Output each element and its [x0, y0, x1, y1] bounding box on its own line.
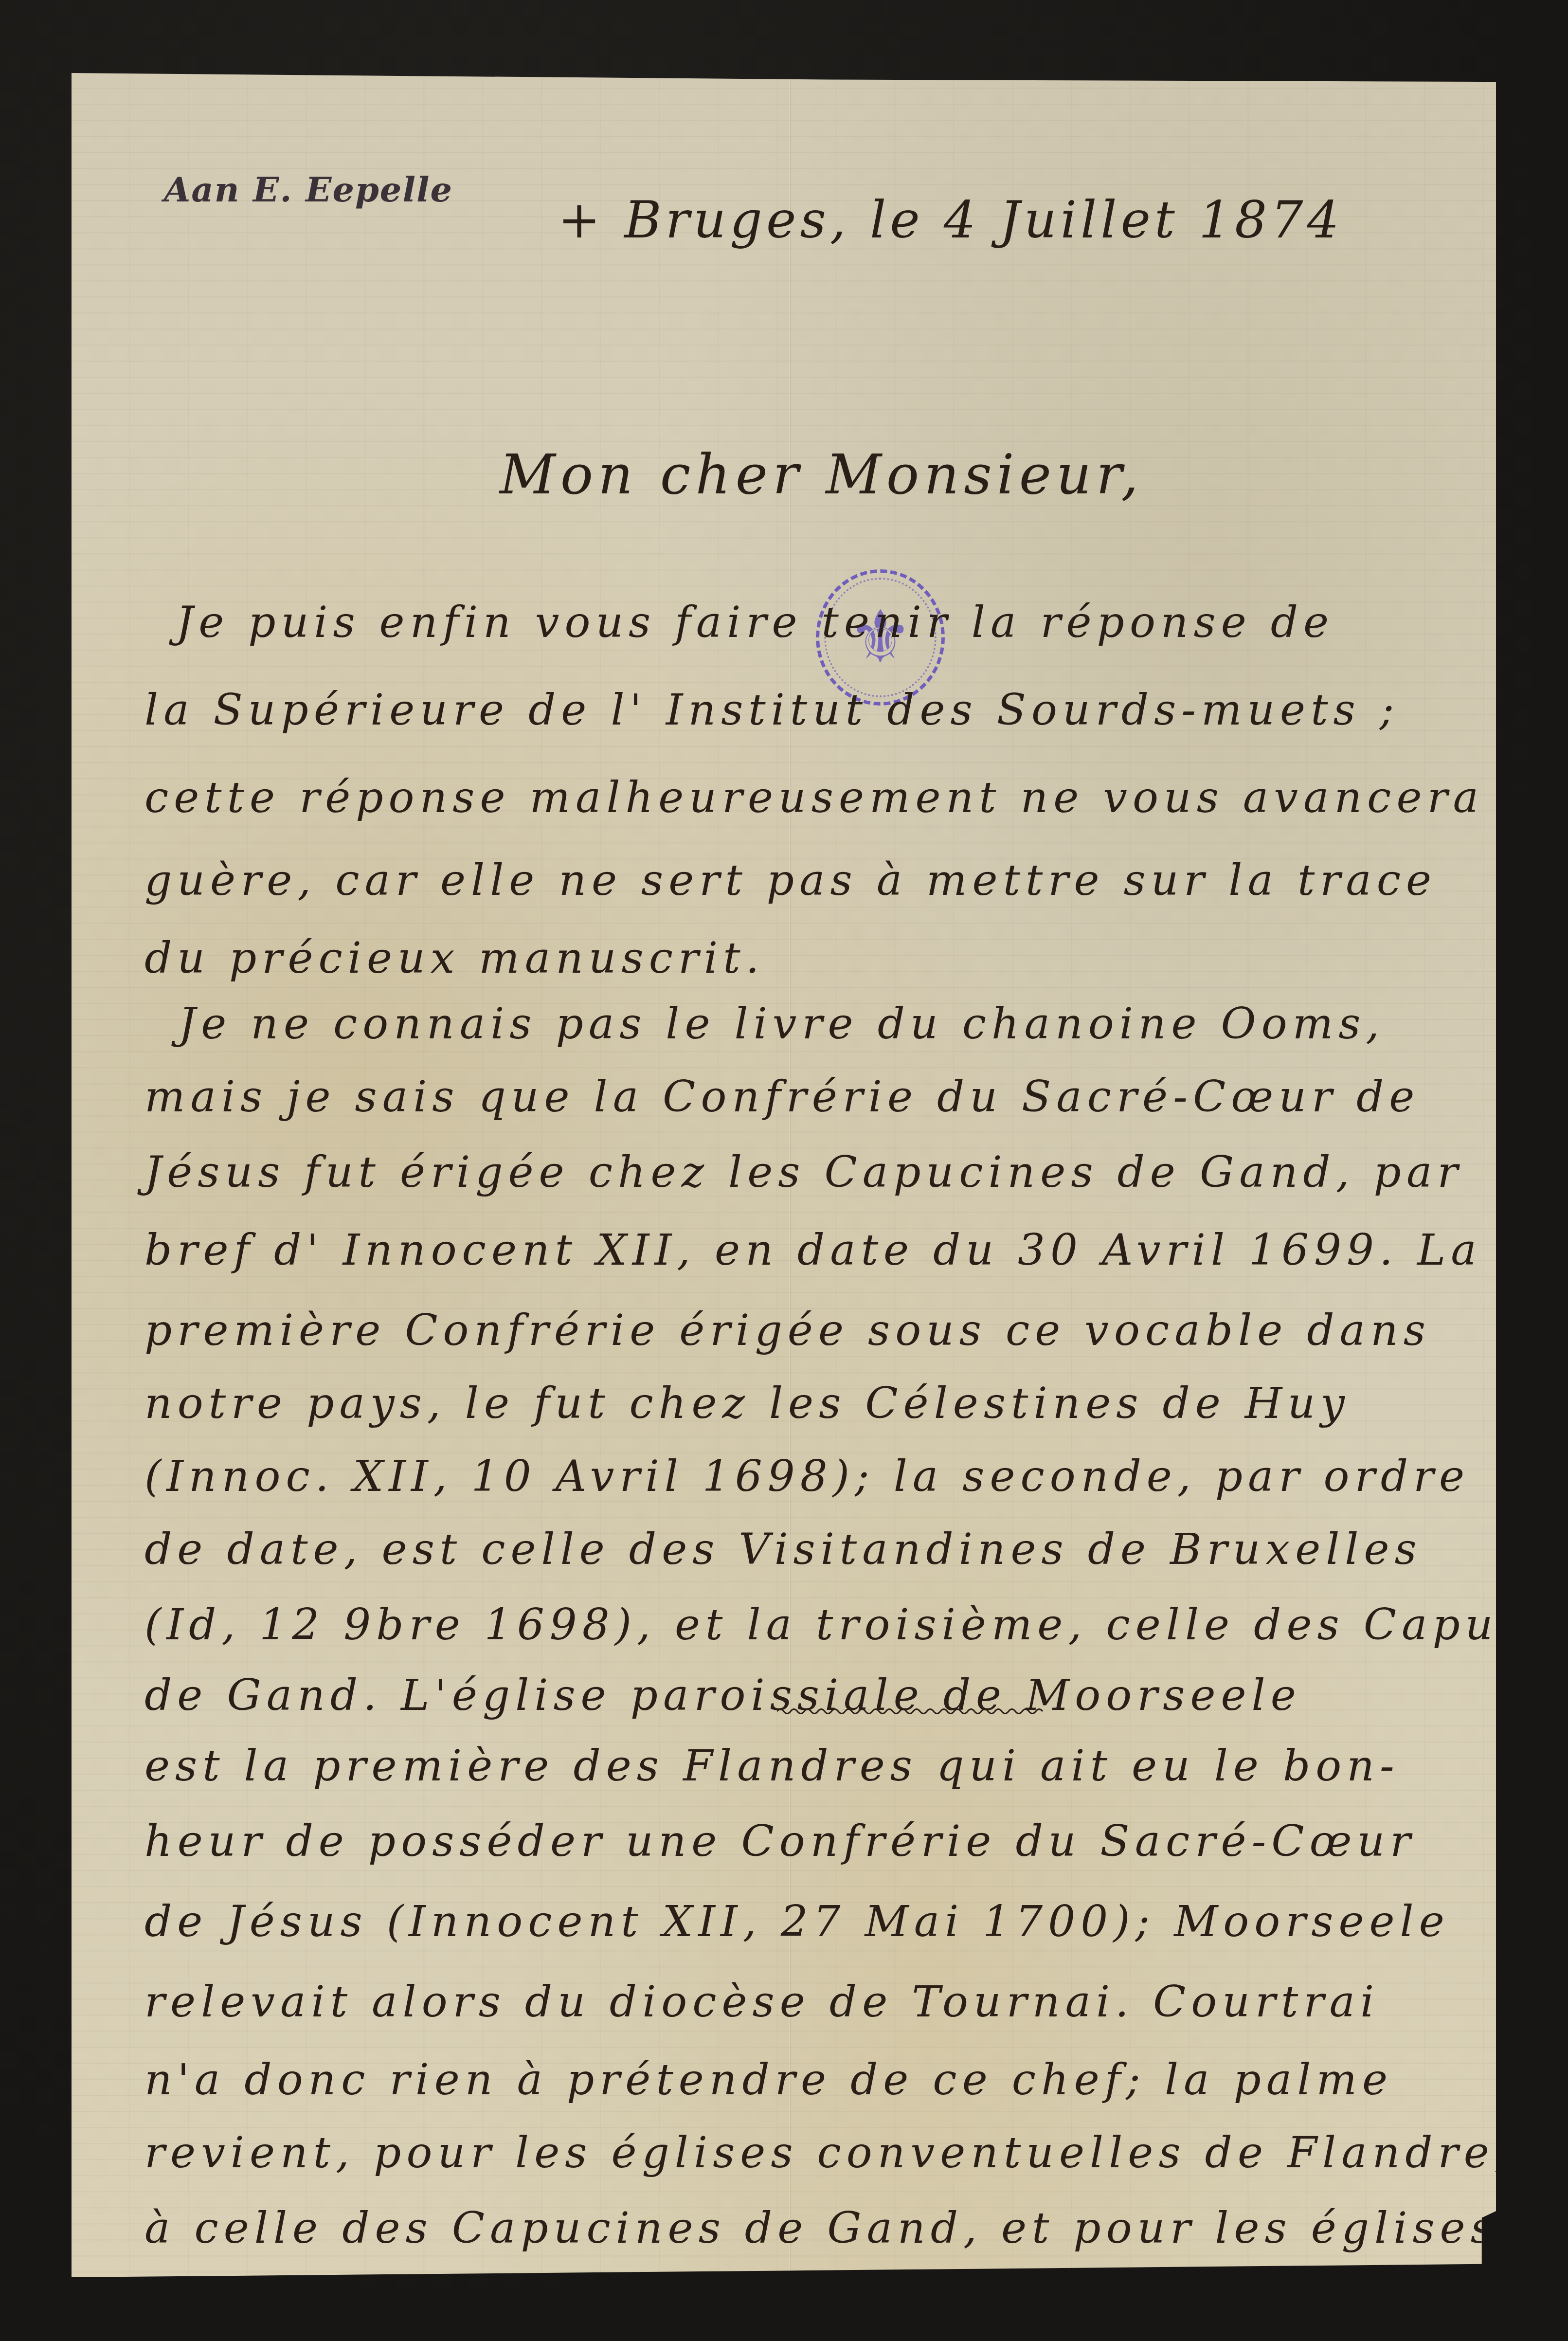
- body-line-13: de date, est celle des Visitandines de B…: [144, 1528, 1422, 1571]
- body-line-15: de Gand. L'église paroissiale de Moorsee…: [144, 1674, 1301, 1717]
- body-line-2: la Supérieure de l' Institut des Sourds-…: [144, 689, 1399, 731]
- body-line-17: heur de posséder une Confrérie du Sacré-…: [144, 1820, 1416, 1863]
- body-line-11: notre pays, le fut chez les Célestines d…: [144, 1382, 1350, 1425]
- salutation: Mon cher Monsieur,: [500, 448, 1143, 502]
- body-line-4: guère, car elle ne sert pas à mettre sur…: [144, 859, 1437, 902]
- body-line-12: (Innoc. XII, 10 Avril 1698); la seconde,…: [144, 1455, 1470, 1498]
- body-line-3: cette réponse malheureusement ne vous av…: [144, 776, 1484, 819]
- body-line-18: de Jésus (Innocent XII, 27 Mai 1700); Mo…: [144, 1900, 1450, 1943]
- body-line-22: à celle des Capucines de Gand, et pour l…: [144, 2207, 1498, 2250]
- body-line-8: Jésus fut érigée chez les Capucines de G…: [144, 1151, 1463, 1194]
- body-line-20: n'a donc rien à prétendre de ce chef; la…: [144, 2058, 1393, 2101]
- body-line-14: (Id, 12 9bre 1698), et la troisième, cel…: [144, 1603, 1568, 1646]
- archival-annotation: Aan E. Eepelle: [164, 173, 453, 207]
- body-line-6: Je ne connais pas le livre du chanoine O…: [179, 1002, 1385, 1045]
- body-line-5: du précieux manuscrit.: [144, 937, 765, 980]
- wavy-underline-paroissiale: [777, 1707, 1049, 1716]
- body-line-10: première Confrérie érigée sous ce vocabl…: [144, 1309, 1431, 1352]
- letter-sheet: Aan E. Eepelle + Bruges, le 4 Juillet 18…: [72, 73, 1496, 2277]
- body-line-9: bref d' Innocent XII, en date du 30 Avri…: [144, 1229, 1482, 1271]
- body-line-1: Je puis enfin vous faire tenir la répons…: [176, 601, 1334, 644]
- body-line-16: est la première des Flandres qui ait eu …: [144, 1744, 1400, 1787]
- body-line-21: revient, pour les églises conventuelles …: [144, 2131, 1514, 2174]
- body-line-7: mais je sais que la Confrérie du Sacré-C…: [144, 1075, 1420, 1118]
- dateline: + Bruges, le 4 Juillet 1874: [558, 195, 1343, 245]
- body-line-19: relevait alors du diocèse de Tournai. Co…: [144, 1980, 1379, 2023]
